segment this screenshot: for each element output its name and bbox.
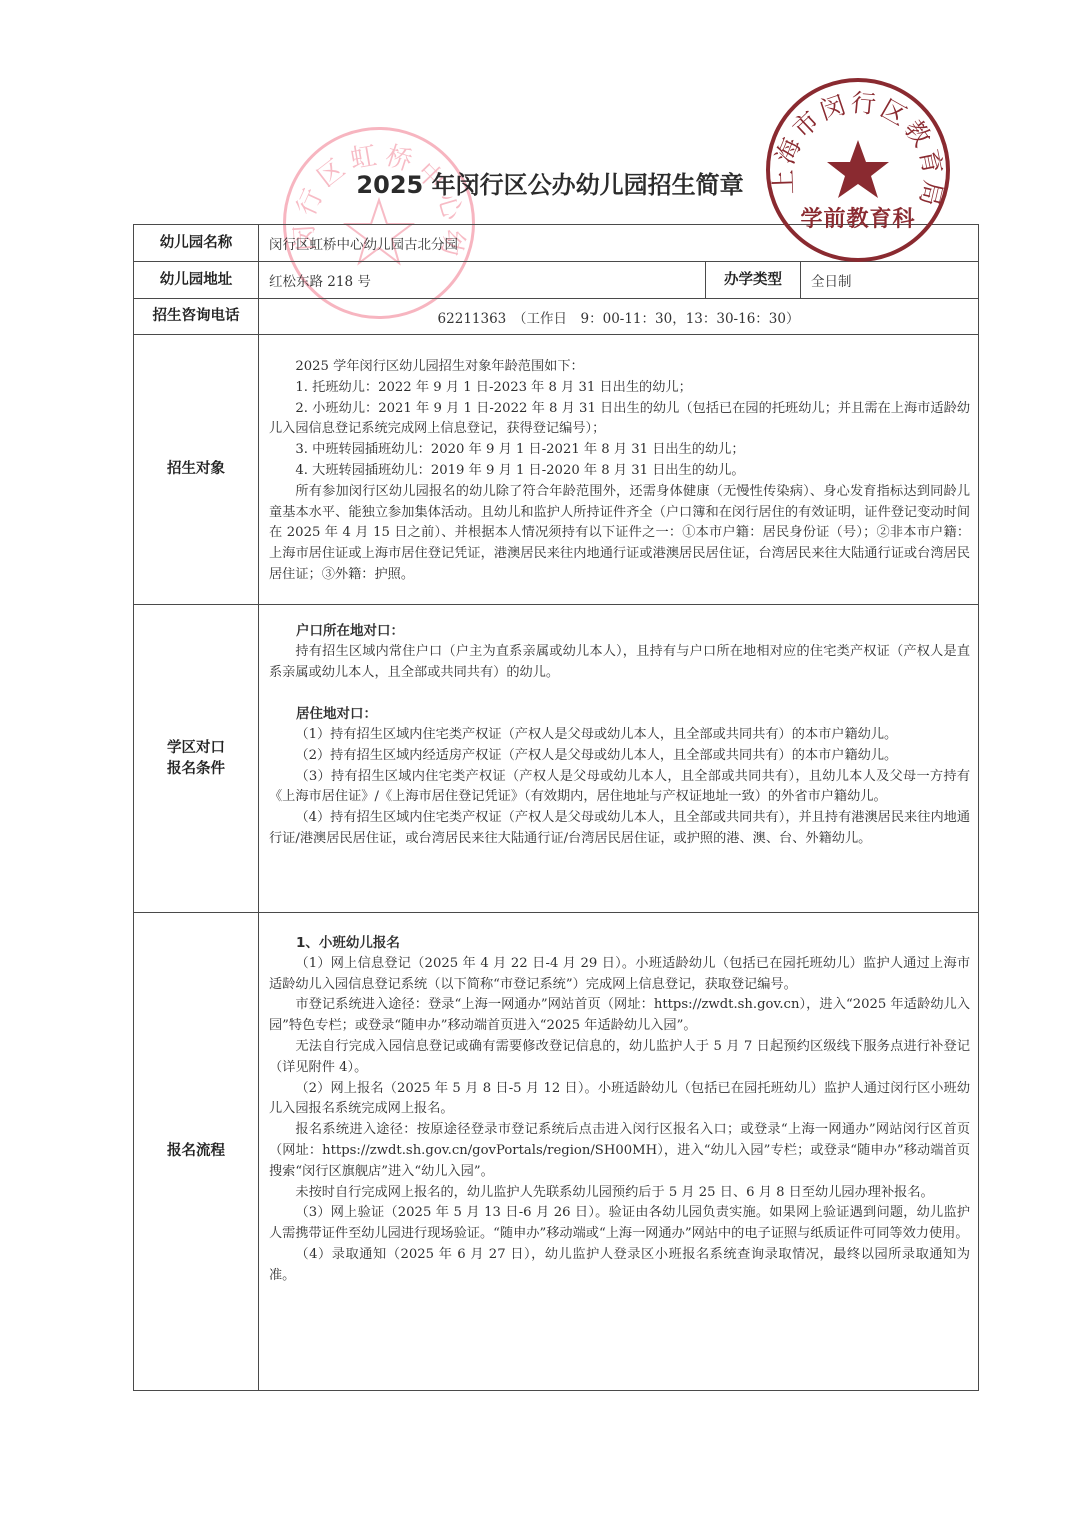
process-paragraph: 报名系统进入途径：按原途径登录市登记系统后点击进入闵行区报名入口；或登录“上海一… — [269, 1120, 970, 1182]
process-paragraph: （2）网上报名（2025 年 5 月 8 日-5 月 12 日）。小班适龄幼儿（… — [269, 1079, 970, 1121]
address-value: 红松东路 218 号 — [259, 262, 706, 299]
school-type-label: 办学类型 — [706, 262, 801, 299]
bureau-seal-stamp: 上海市闵行区教育局 学前教育科 — [766, 78, 950, 262]
phone-label: 招生咨询电话 — [134, 299, 259, 335]
address-label: 幼儿园地址 — [134, 262, 259, 299]
process-paragraph: 无法自行完成入园信息登记或确有需要修改登记信息的，幼儿监护人于 5 月 7 日起… — [269, 1037, 970, 1079]
process-content: 1、小班幼儿报名 （1）网上信息登记（2025 年 4 月 22 日-4 月 2… — [259, 913, 979, 1391]
target-paragraph: 所有参加闵行区幼儿园报名的幼儿除了符合年龄范围外，还需身体健康（无慢性传染病）、… — [269, 482, 970, 586]
target-paragraph: 2. 小班幼儿：2021 年 9 月 1 日-2022 年 8 月 31 日出生… — [269, 399, 970, 441]
red-star-icon — [827, 140, 889, 198]
district-label: 学区对口 报名条件 — [134, 605, 259, 913]
phone-value: 62211363 （工作日 9：00-11：30，13：30-16：30） — [259, 299, 979, 335]
row-kindergarten-address: 幼儿园地址 红松东路 218 号 办学类型 全日制 — [134, 262, 979, 299]
hukou-paragraph: 持有招生区域内常住户口（户主为直系亲属或幼儿本人），且持有与户口所在地相对应的住… — [269, 642, 970, 684]
residence-item: （2）持有招生区域内经适房产权证（产权人是父母或幼儿本人，且全部或共同共有）的本… — [269, 746, 970, 767]
target-paragraph: 3. 中班转园插班幼儿：2020 年 9 月 1 日-2021 年 8 月 31… — [269, 440, 970, 461]
school-type-value: 全日制 — [801, 262, 979, 299]
process-paragraph: （1）网上信息登记（2025 年 4 月 22 日-4 月 29 日）。小班适龄… — [269, 954, 970, 996]
process-paragraph: 未按时自行完成网上报名的，幼儿监护人先联系幼儿园预约后于 5 月 25 日、6 … — [269, 1183, 970, 1204]
row-enrollment-target: 招生对象 2025 学年闵行区幼儿园招生对象年龄范围如下： 1. 托班幼儿：20… — [134, 335, 979, 605]
target-paragraph: 4. 大班转园插班幼儿：2019 年 9 月 1 日-2020 年 8 月 31… — [269, 461, 970, 482]
district-label-line1: 学区对口 — [134, 738, 258, 759]
residence-item: （1）持有招生区域内住宅类产权证（产权人是父母或幼儿本人，且全部或共同共有）的本… — [269, 725, 970, 746]
process-paragraph: 市登记系统进入途径：登录“上海一网通办”网站首页（网址：https://zwdt… — [269, 995, 970, 1037]
process-heading: 1、小班幼儿报名 — [269, 933, 970, 954]
district-label-line2: 报名条件 — [134, 759, 258, 780]
district-content: 户口所在地对口： 持有招生区域内常住户口（户主为直系亲属或幼儿本人），且持有与户… — [259, 605, 979, 913]
process-label: 报名流程 — [134, 913, 259, 1391]
residence-item: （3）持有招生区域内住宅类产权证（产权人是父母或幼儿本人，且全部或共同共有），且… — [269, 767, 970, 809]
name-label: 幼儿园名称 — [134, 225, 259, 262]
admission-table: 幼儿园名称 闵行区虹桥中心幼儿园古北分园 幼儿园地址 红松东路 218 号 办学… — [133, 224, 979, 1391]
target-label: 招生对象 — [134, 335, 259, 605]
row-registration-process: 报名流程 1、小班幼儿报名 （1）网上信息登记（2025 年 4 月 22 日-… — [134, 913, 979, 1391]
bureau-seal-dept-text: 学前教育科 — [770, 202, 946, 233]
process-paragraph: （3）网上验证（2025 年 5 月 13 日-6 月 26 日）。验证由各幼儿… — [269, 1203, 970, 1245]
hukou-heading: 户口所在地对口： — [269, 621, 970, 642]
process-paragraph: （4）录取通知（2025 年 6 月 27 日），幼儿监护人登录区小班报名系统查… — [269, 1245, 970, 1287]
target-paragraph: 2025 学年闵行区幼儿园招生对象年龄范围如下： — [269, 357, 970, 378]
residence-item: （4）持有招生区域内住宅类产权证（产权人是父母或幼儿本人，且全部或共同共有），并… — [269, 808, 970, 850]
target-paragraph: 1. 托班幼儿：2022 年 9 月 1 日-2023 年 8 月 31 日出生… — [269, 378, 970, 399]
target-content: 2025 学年闵行区幼儿园招生对象年龄范围如下： 1. 托班幼儿：2022 年 … — [259, 335, 979, 605]
row-consult-phone: 招生咨询电话 62211363 （工作日 9：00-11：30，13：30-16… — [134, 299, 979, 335]
row-district-conditions: 学区对口 报名条件 户口所在地对口： 持有招生区域内常住户口（户主为直系亲属或幼… — [134, 605, 979, 913]
spacer — [269, 683, 970, 704]
residence-heading: 居住地对口： — [269, 704, 970, 725]
